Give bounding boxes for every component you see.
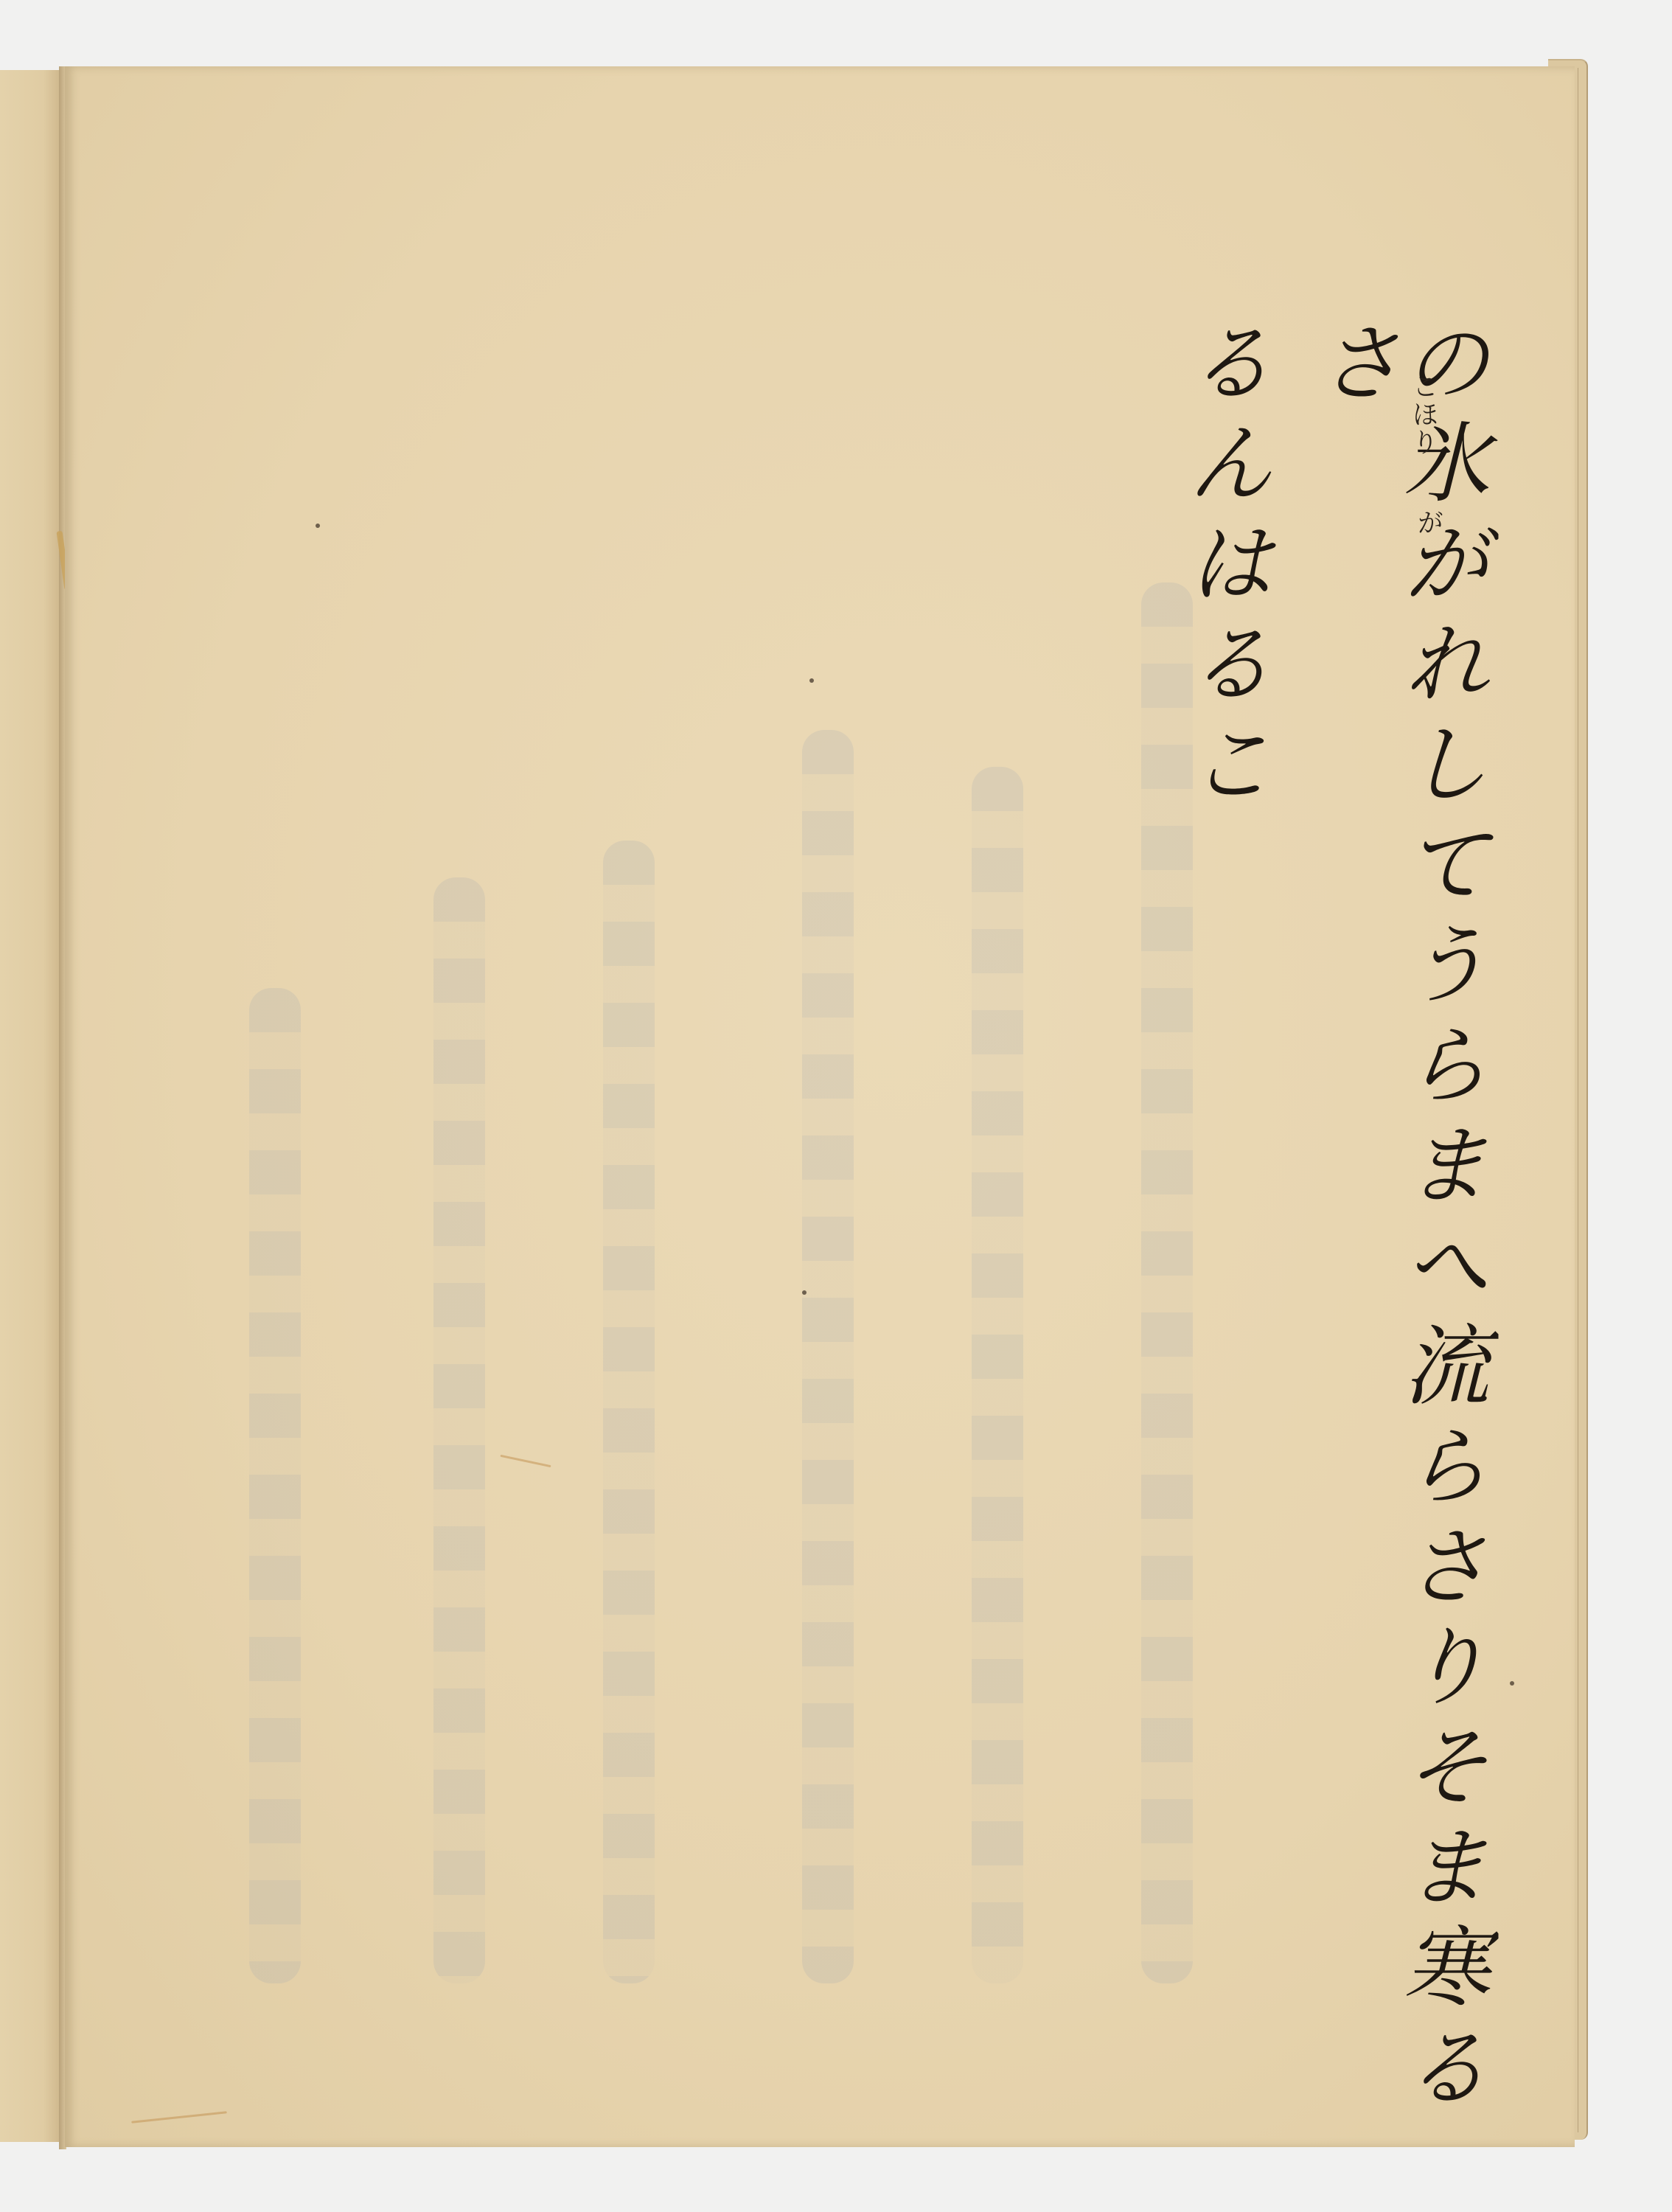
bleed-through-column bbox=[802, 730, 854, 1983]
paper-speck bbox=[809, 678, 814, 683]
bleed-through-column bbox=[972, 767, 1023, 1983]
paper-fiber bbox=[131, 2111, 227, 2124]
paper-speck bbox=[1510, 1681, 1514, 1686]
ruby-annotation: こほり bbox=[1404, 372, 1442, 456]
text-column-main: の氷がれしてうらまへ流らさりそま寒るさ bbox=[1309, 317, 1483, 2212]
bleed-through-column bbox=[603, 841, 655, 1983]
left-page-edge bbox=[0, 70, 62, 2142]
paper-speck bbox=[316, 524, 320, 528]
text-column-second: るんはるこ bbox=[1180, 317, 1267, 818]
paper-speck bbox=[802, 1290, 807, 1295]
ruby-annotation: が bbox=[1410, 509, 1447, 537]
bleed-through-column bbox=[433, 877, 485, 1983]
paper-fiber bbox=[500, 1455, 551, 1467]
bleed-through-column bbox=[249, 988, 301, 1983]
